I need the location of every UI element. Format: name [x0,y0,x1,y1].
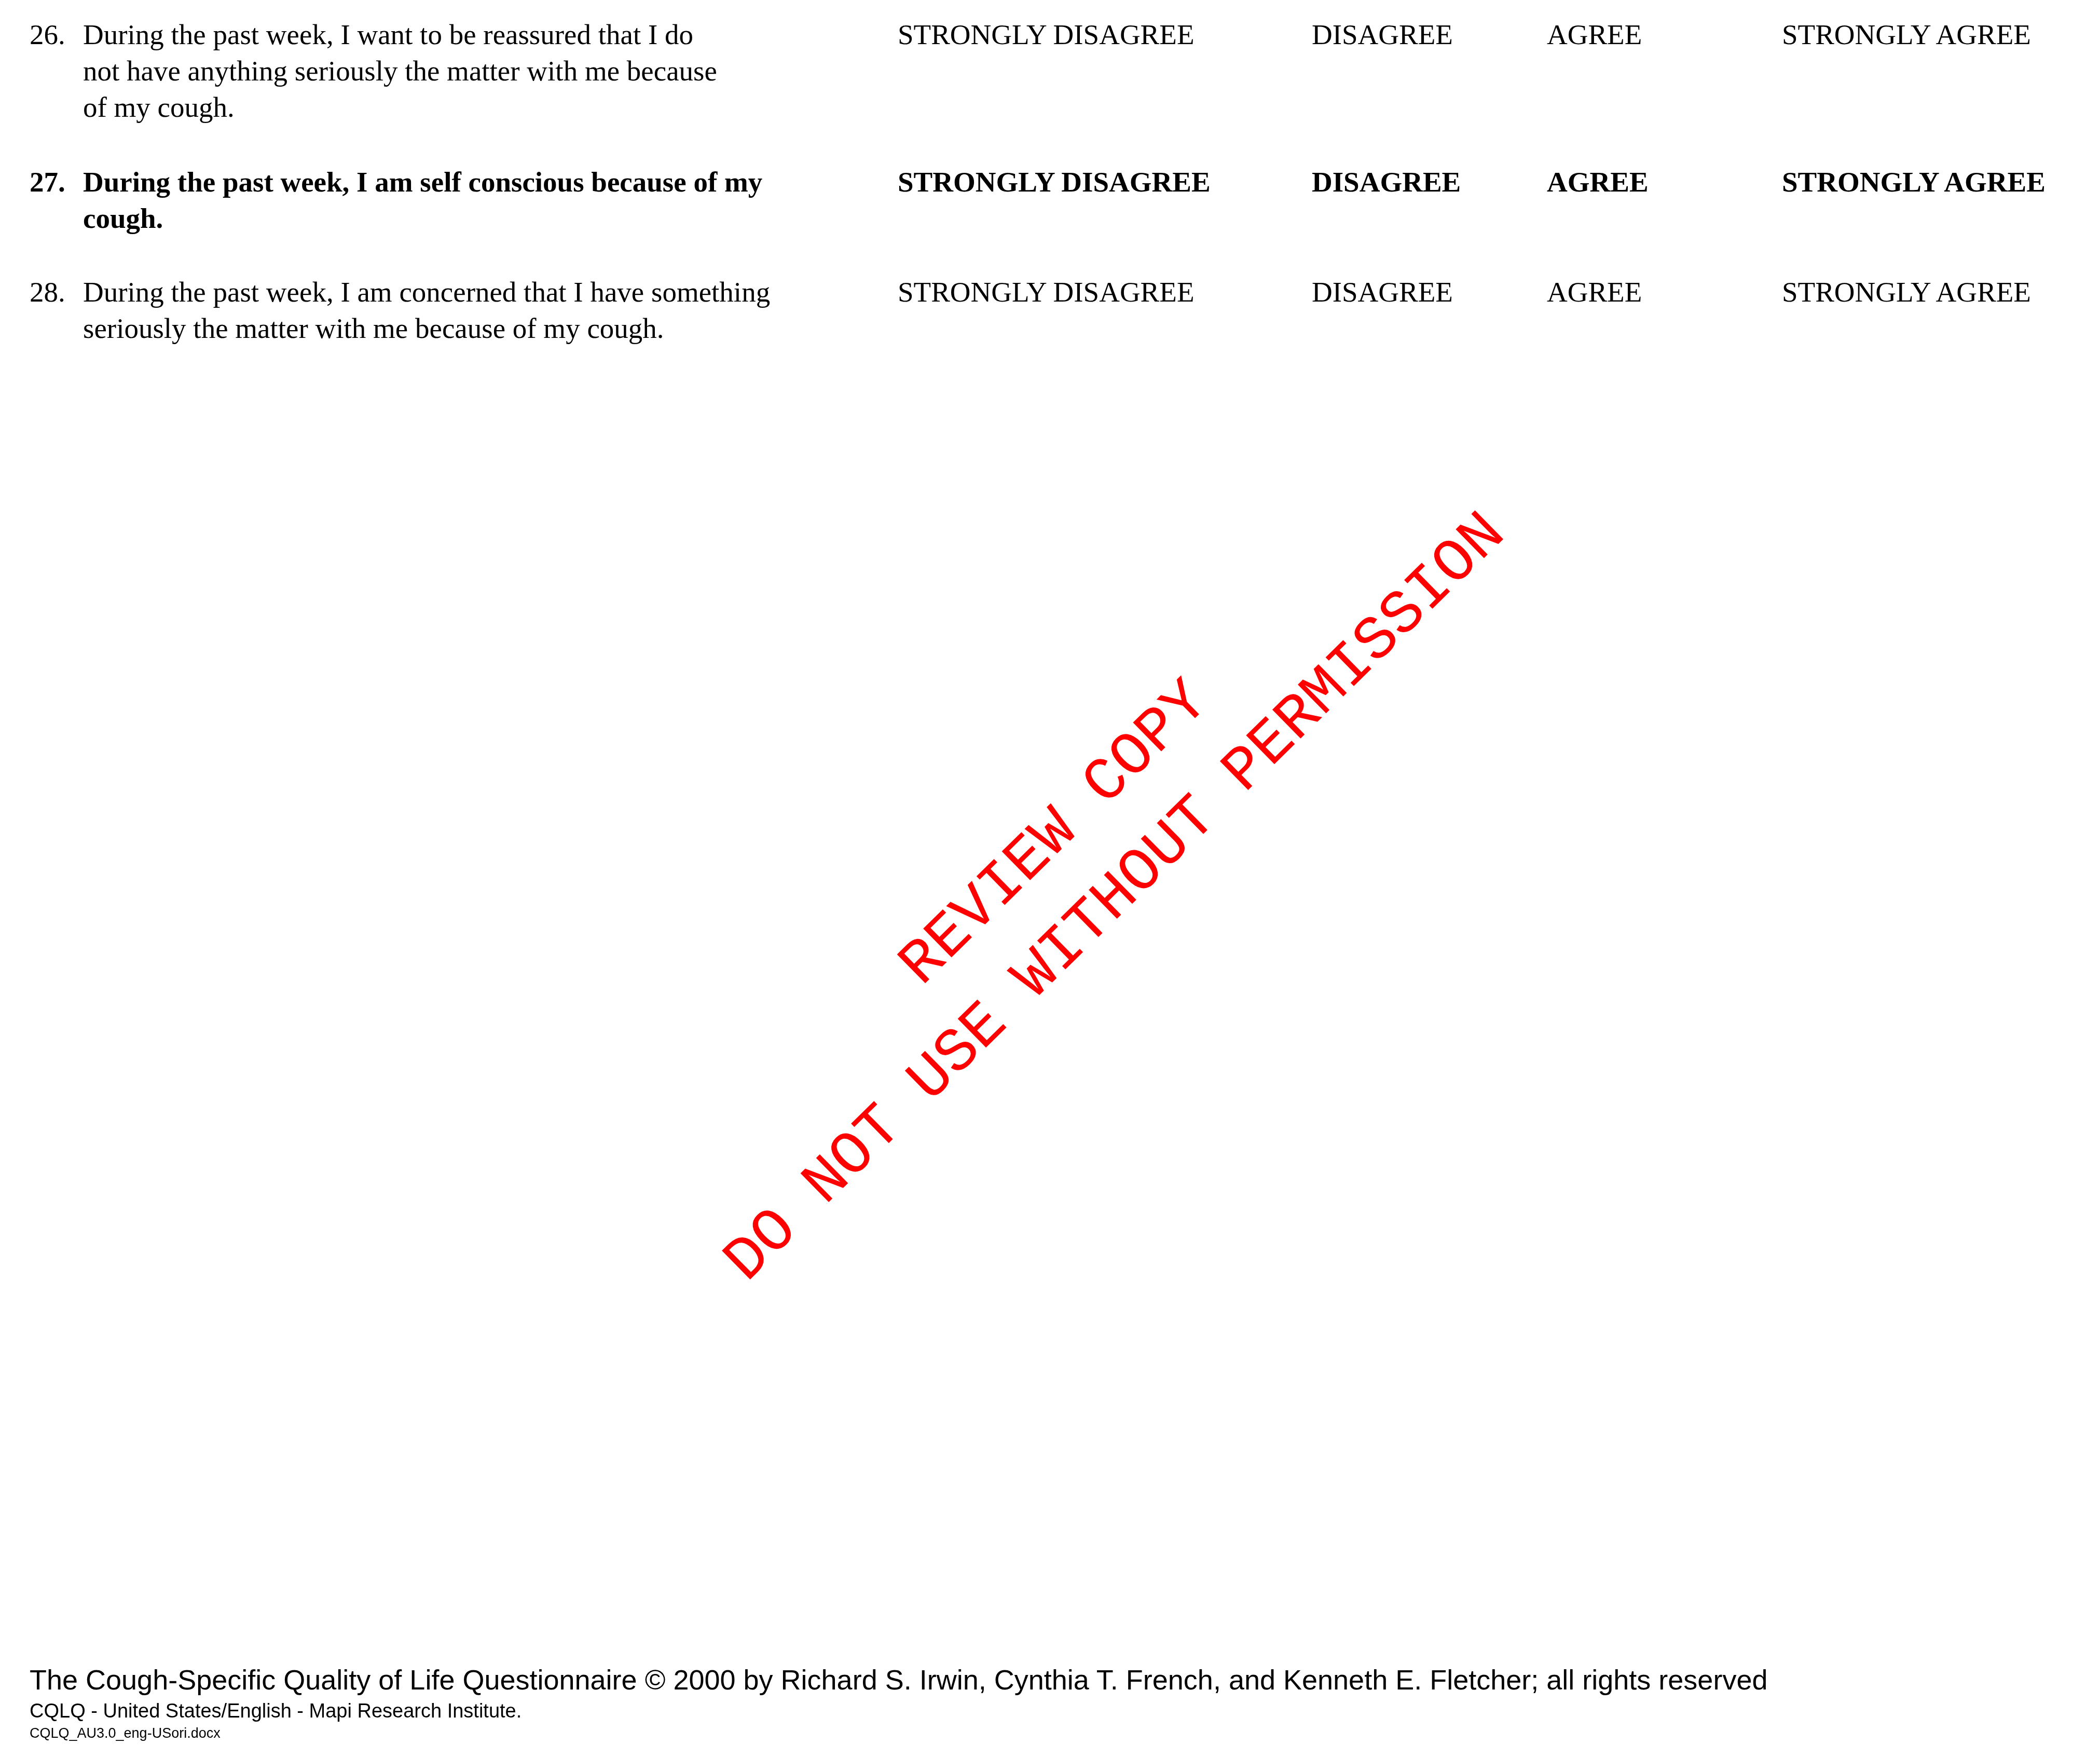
option-agree[interactable]: AGREE [1547,274,1642,310]
option-strongly-agree[interactable]: STRONGLY AGREE [1782,164,2046,200]
footer-version: CQLQ - United States/English - Mapi Rese… [30,1700,521,1723]
question-number: 28. [30,274,65,310]
option-strongly-disagree[interactable]: STRONGLY DISAGREE [898,164,1211,200]
option-disagree[interactable]: DISAGREE [1312,17,1453,53]
option-disagree[interactable]: DISAGREE [1312,274,1453,310]
option-strongly-agree[interactable]: STRONGLY AGREE [1782,17,2031,53]
question-number: 26. [30,17,65,53]
option-disagree[interactable]: DISAGREE [1312,164,1461,200]
option-strongly-disagree[interactable]: STRONGLY DISAGREE [898,17,1194,53]
question-text: During the past week, I am concerned tha… [83,274,861,347]
question-text: During the past week, I want to be reass… [83,17,799,126]
footer-filename: CQLQ_AU3.0_eng-USori.docx [30,1725,221,1741]
question-number: 27. [30,164,65,200]
option-strongly-agree[interactable]: STRONGLY AGREE [1782,274,2031,310]
question-text: During the past week, I am self consciou… [83,164,851,237]
footer-copyright: The Cough-Specific Quality of Life Quest… [30,1664,1767,1696]
option-agree[interactable]: AGREE [1547,164,1649,200]
watermark-do-not-use: DO NOT USE WITHOUT PERMISSION [711,500,1520,1296]
option-agree[interactable]: AGREE [1547,17,1642,53]
option-strongly-disagree[interactable]: STRONGLY DISAGREE [898,274,1194,310]
